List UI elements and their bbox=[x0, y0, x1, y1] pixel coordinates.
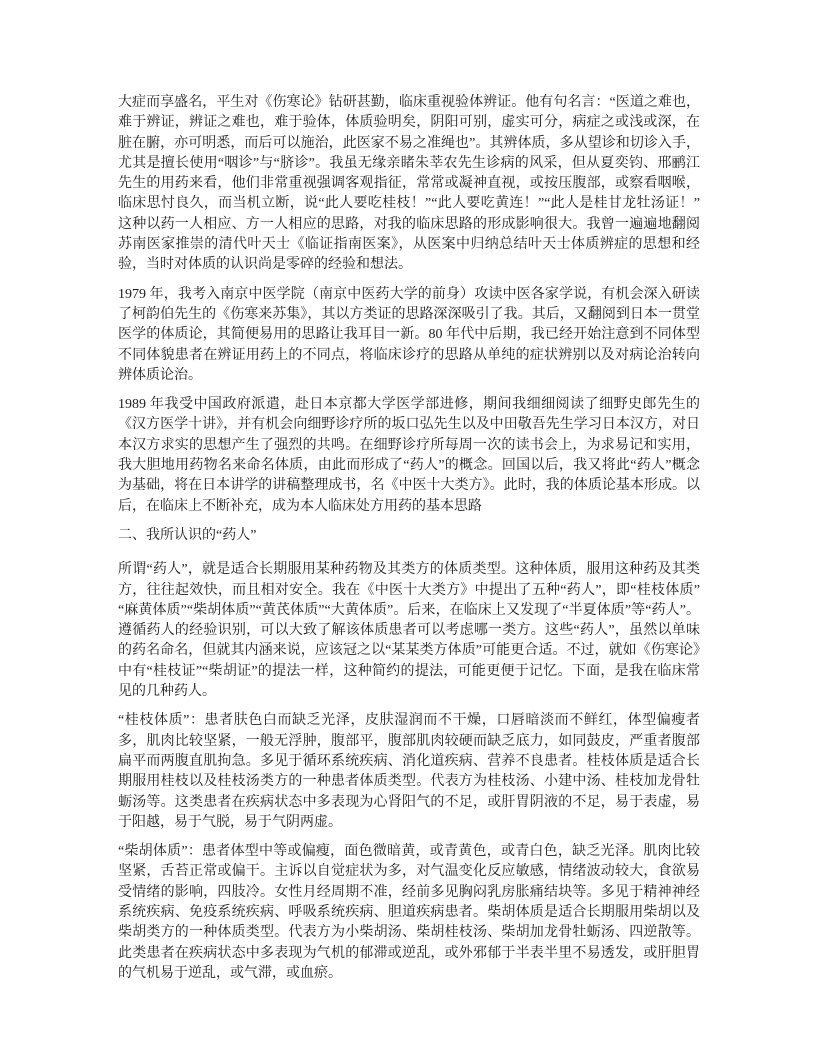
paragraph-zhu-xinnong-influence: 大症而享盛名，平生对《伤寒论》钻研甚勤，临床重视验体辨证。他有句名言：“医道之难… bbox=[118, 93, 700, 276]
paragraph-1979-nanjing-study: 1979 年，我考入南京中医学院（南京中医药大学的前身）攻读中医各家学说，有机会… bbox=[118, 285, 700, 386]
paragraph-chaihu-constitution: “柴胡体质”：患者体型中等或偏瘦，面色微暗黄，或青黄色，或青白色，缺乏光泽。肌肉… bbox=[118, 842, 700, 984]
paragraph-guizhi-constitution: “桂枝体质”：患者肤色白而缺乏光泽，皮肤湿润而不干燥，口唇暗淡而不鲜红，体型偏瘦… bbox=[118, 711, 700, 833]
document-page: 大症而享盛名，平生对《伤寒论》钻研甚勤，临床重视验体辨证。他有句名言：“医道之难… bbox=[0, 0, 816, 1056]
section-heading-yaoren: 二、我所认识的“药人” bbox=[118, 526, 700, 546]
paragraph-1989-japan-study: 1989 年我受中国政府派遣，赴日本京都大学医学部进修，期间我细细阅读了细野史郎… bbox=[118, 395, 700, 517]
paragraph-yaoren-definition: 所谓“药人”，就是适合长期服用某种药物及其类方的体质类型。这种体质，服用这种药及… bbox=[118, 560, 700, 702]
